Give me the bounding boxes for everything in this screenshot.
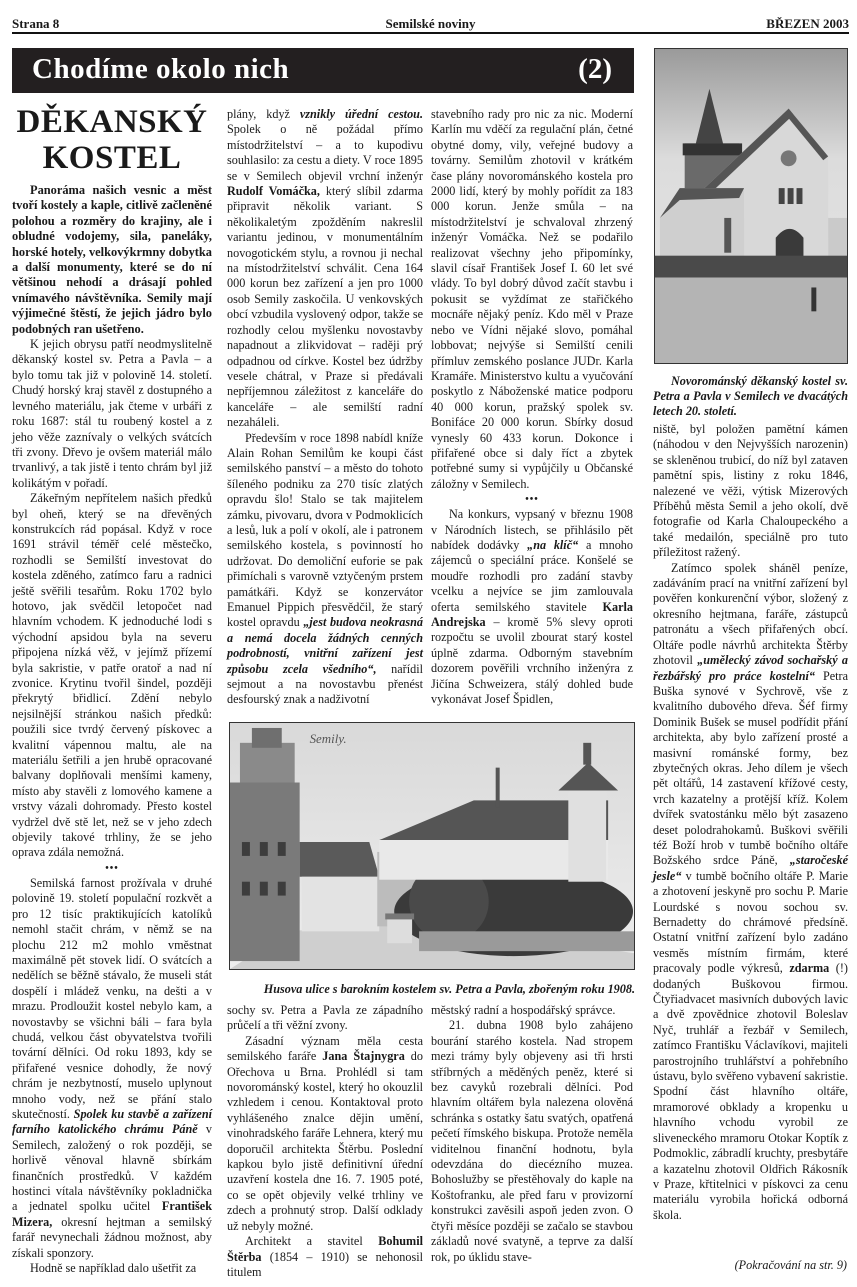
page-header: Strana 8 Semilské noviny BŘEZEN 2003 (12, 14, 849, 34)
article-lead: Panoráma našich vesnic a měst tvoří kost… (12, 183, 212, 337)
paragraph: Hodně se například dalo ušetřit za (12, 1261, 212, 1276)
column-3-bottom: městský radní a hospodářský správce. 21.… (431, 1003, 633, 1265)
paragraph: Zatímco spolek sháněl peníze, zadáváním … (653, 561, 848, 1223)
paragraph: Zákeřným nepřítelem našich předků byl oh… (12, 491, 212, 861)
paragraph: plány, když vznikly úřední cestou. Spole… (227, 107, 423, 431)
section-separator: ••• (431, 492, 633, 507)
series-title: Chodíme okolo nich (32, 53, 289, 86)
column-3: stavebního rady pro nic za nic. Moderní … (431, 107, 633, 707)
street-photo: Semily. (229, 722, 635, 970)
paragraph: K jejich obrysu patří neodmyslitelně děk… (12, 337, 212, 491)
paragraph: Na konkurs, vypsaný v březnu 1908 v Náro… (431, 507, 633, 707)
paragraph: Zásadní význam měla cesta semilského far… (227, 1034, 423, 1234)
church-photo-image (655, 49, 847, 363)
street-photo-caption: Husova ulice s barokním kostelem sv. Pet… (229, 982, 635, 997)
series-number: (2) (578, 53, 612, 86)
column-1: Panoráma našich vesnic a měst tvoří kost… (12, 183, 212, 1276)
issue-date: BŘEZEN 2003 (766, 16, 849, 32)
photo-inscription: Semily. (310, 731, 347, 746)
publication-name: Semilské noviny (12, 16, 849, 32)
emphasis: vznikly úřední cestou. (300, 107, 423, 121)
column-2-bottom: sochy sv. Petra a Pavla ze západního prů… (227, 1003, 423, 1280)
church-photo (654, 48, 848, 364)
paragraph: Semilská farnost prožívala v druhé polov… (12, 876, 212, 1261)
paragraph: niště, byl položen pamětní kámen (náhodo… (653, 422, 848, 561)
paragraph: sochy sv. Petra a Pavla ze západního prů… (227, 1003, 423, 1034)
person-name: Jana Štajnygra (322, 1049, 405, 1063)
paragraph: stavebního rady pro nic za nic. Moderní … (431, 107, 633, 492)
emphasis-bold: zdarma (789, 961, 829, 975)
continuation-note: (Pokračování na str. 9) (735, 1258, 847, 1273)
paragraph: Architekt a stavitel Bohumil Štěrba (185… (227, 1234, 423, 1280)
church-photo-caption: Novorománský děkanský kostel sv. Petra a… (653, 374, 848, 419)
paragraph: městský radní a hospodářský správce. (431, 1003, 633, 1018)
emphasis: „na klíč“ (527, 538, 578, 552)
section-separator: ••• (12, 861, 212, 876)
article-headline: DĚKANSKÝ KOSTEL (12, 104, 212, 176)
series-title-bar: Chodíme okolo nich (2) (12, 48, 634, 93)
paragraph: Především v roce 1898 nabídl kníže Alain… (227, 431, 423, 708)
column-2: plány, když vznikly úřední cestou. Spole… (227, 107, 423, 708)
person-name: Rudolf Vomáčka, (227, 184, 320, 198)
paragraph: 21. dubna 1908 bylo zahájeno bourání sta… (431, 1018, 633, 1265)
street-photo-image: Semily. (230, 723, 634, 969)
column-4: niště, byl položen pamětní kámen (náhodo… (653, 422, 848, 1223)
